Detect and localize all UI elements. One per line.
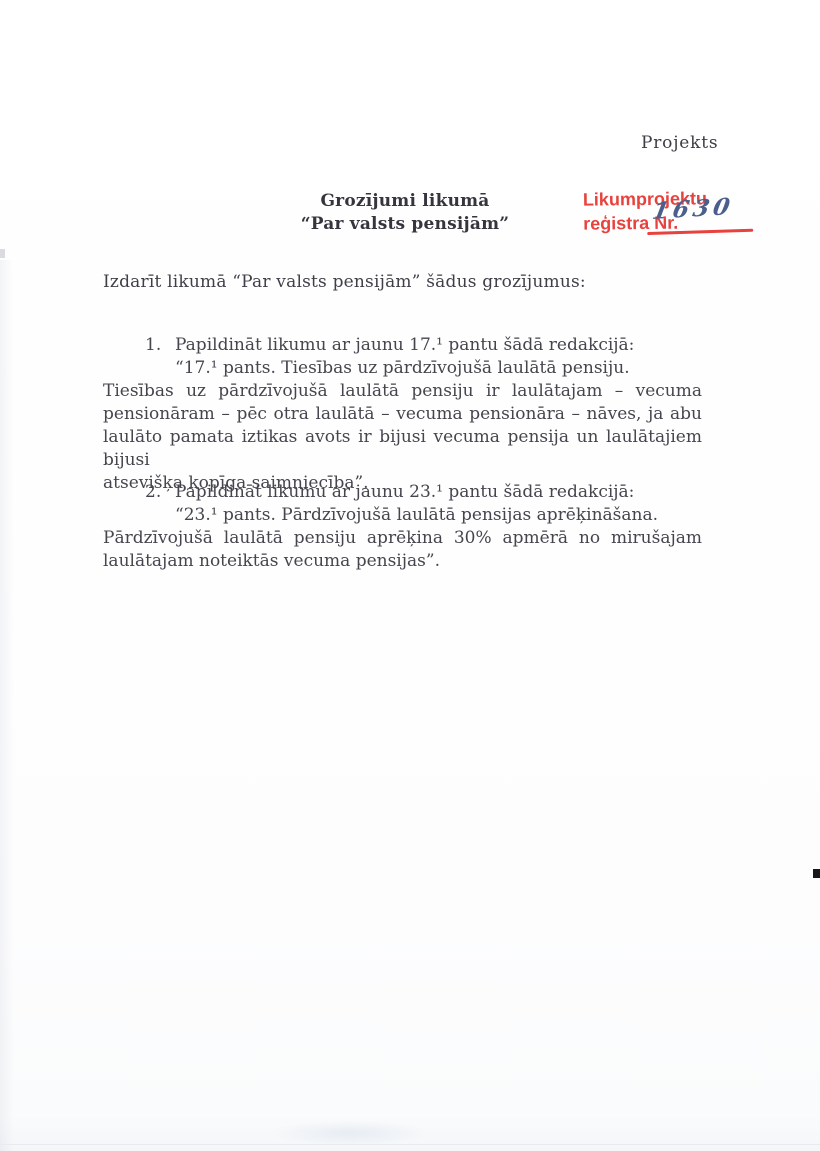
- scan-smudge: [270, 1120, 430, 1146]
- item-1-article-heading: “17.¹ pants. Tiesības uz pārdzīvojušā la…: [103, 357, 702, 380]
- document-title-line2: “Par valsts pensijām”: [295, 213, 515, 236]
- scanned-document-page: Projekts Grozījumi likumā “Par valsts pe…: [0, 0, 820, 1151]
- registry-stamp: Likumprojektu reģistra Nr. 1630: [583, 186, 708, 235]
- scan-artifact-right: [813, 869, 820, 878]
- item-2-article-heading: “23.¹ pants. Pārdzīvojušā laulātā pensij…: [103, 504, 702, 527]
- item-1-number: 1.: [145, 334, 175, 357]
- scan-edge-shading: [0, 260, 14, 1151]
- document-title-line1: Grozījumi likumā: [295, 190, 515, 213]
- item-1-body-line: laulāto pamata iztikas avots ir bijusi v…: [103, 426, 702, 472]
- document-title: Grozījumi likumā “Par valsts pensijām”: [295, 190, 515, 236]
- item-1-intro-text: Papildināt likumu ar jaunu 17.¹ pantu šā…: [175, 335, 634, 355]
- item-1-body-line: Tiesības uz pārdzīvojušā laulātā pensiju…: [103, 380, 702, 403]
- handwritten-registry-number: 1630: [650, 195, 735, 224]
- item-1-intro-line: 1.Papildināt likumu ar jaunu 17.¹ pantu …: [103, 334, 702, 357]
- item-2-number: 2.: [145, 481, 175, 504]
- amendment-item-2: 2.Papildināt likumu ar jaunu 23.¹ pantu …: [103, 481, 702, 573]
- scan-bottom-edge-line: [0, 1144, 820, 1145]
- item-2-intro-line: 2.Papildināt likumu ar jaunu 23.¹ pantu …: [103, 481, 702, 504]
- item-1-body-line: pensionāram – pēc otra laulātā – vecuma …: [103, 403, 702, 426]
- intro-sentence: Izdarīt likumā “Par valsts pensijām” šād…: [103, 272, 586, 292]
- item-2-body-line: laulātajam noteiktās vecuma pensijas”.: [103, 550, 702, 573]
- item-2-intro-text: Papildināt likumu ar jaunu 23.¹ pantu šā…: [175, 482, 634, 502]
- scan-artifact-left: [0, 249, 5, 258]
- amendment-item-1: 1.Papildināt likumu ar jaunu 17.¹ pantu …: [103, 334, 702, 495]
- document-type-label: Projekts: [641, 133, 718, 153]
- item-2-body-line: Pārdzīvojušā laulātā pensiju aprēķina 30…: [103, 527, 702, 550]
